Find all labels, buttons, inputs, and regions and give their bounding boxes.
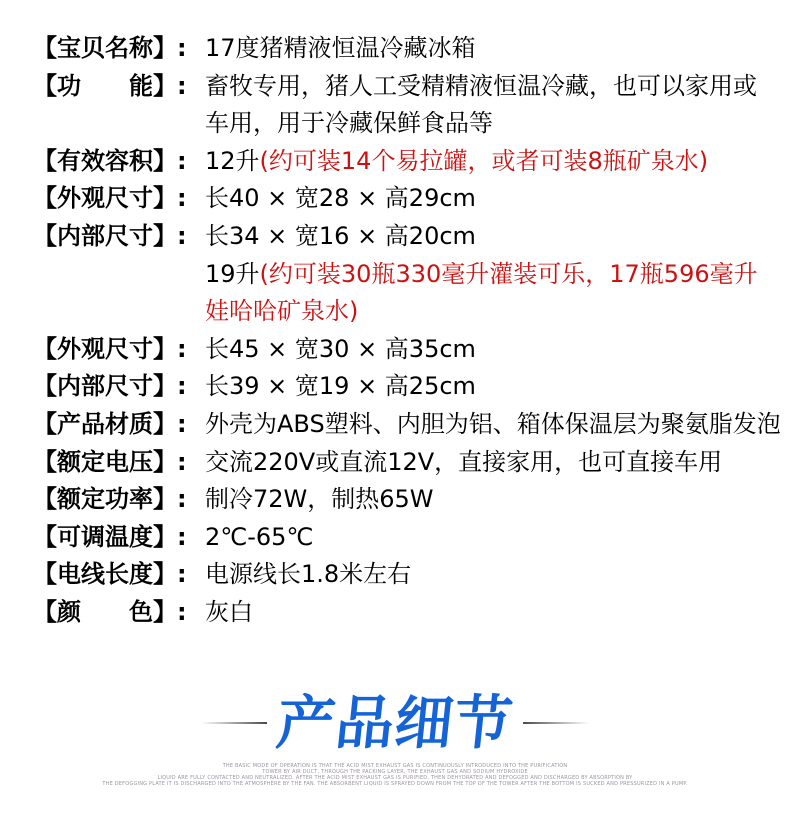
spec-value: 长45 × 宽30 × 高35cm	[205, 331, 476, 369]
product-spec-list: 【宝贝名称】: 17度猪精液恒温冷藏冰箱 【功 能】: 畜牧专用，猪人工受精精液…	[0, 0, 790, 632]
spec-row-temperature-range: 【可调温度】: 2℃-65℃	[33, 519, 790, 557]
spec-row-function: 【功 能】: 畜牧专用，猪人工受精精液恒温冷藏，也可以家用或	[33, 68, 790, 106]
spec-value-red-note: (约可装30瓶330毫升灌装可乐，17瓶596毫升	[260, 260, 758, 288]
spec-row-function-cont: 车用，用于冷藏保鲜食品等	[33, 105, 790, 143]
spec-value: 2℃-65℃	[205, 519, 313, 557]
spec-value-red-note: 娃哈哈矿泉水)	[205, 293, 358, 331]
spec-row-outer-size-1: 【外观尺寸】: 长40 × 宽28 × 高29cm	[33, 180, 790, 218]
spec-row-color: 【颜 色】: 灰白	[33, 594, 790, 632]
spec-label: 【额定电压】:	[33, 444, 205, 482]
product-detail-header: 产品细节	[0, 688, 790, 758]
decorative-fineprint: THE BASIC MODE OF OPERATION IS THAT THE …	[0, 763, 790, 787]
spec-value: 长39 × 宽19 × 高25cm	[205, 368, 476, 406]
spec-value: 12升(约可装14个易拉罐，或者可装8瓶矿泉水)	[205, 143, 708, 181]
spec-label: 【电线长度】:	[33, 556, 205, 594]
spec-row-capacity-19l-cont: 娃哈哈矿泉水)	[33, 293, 790, 331]
spec-label	[33, 105, 205, 143]
spec-row-inner-size-1: 【内部尺寸】: 长34 × 宽16 × 高20cm	[33, 218, 790, 256]
spec-label	[33, 256, 205, 294]
spec-value: 外壳为ABS塑料、内胆为铝、箱体保温层为聚氨脂发泡	[205, 406, 781, 444]
spec-value: 长34 × 宽16 × 高20cm	[205, 218, 476, 256]
spec-label: 【功 能】:	[33, 68, 205, 106]
spec-row-product-name: 【宝贝名称】: 17度猪精液恒温冷藏冰箱	[33, 30, 790, 68]
spec-value: 交流220V或直流12V，直接家用，也可直接车用	[205, 444, 722, 482]
fineprint-line: THE DEFOGGING PLATE IT IS DISCHARGED INT…	[0, 781, 790, 787]
spec-label: 【有效容积】:	[33, 143, 205, 181]
spec-row-voltage: 【额定电压】: 交流220V或直流12V，直接家用，也可直接车用	[33, 444, 790, 482]
spec-value: 长40 × 宽28 × 高29cm	[205, 180, 476, 218]
spec-value: 19升(约可装30瓶330毫升灌装可乐，17瓶596毫升	[205, 256, 758, 294]
spec-value: 制冷72W，制热65W	[205, 481, 434, 519]
spec-value-black: 19升	[205, 260, 260, 288]
spec-label: 【内部尺寸】:	[33, 218, 205, 256]
spec-row-cord-length: 【电线长度】: 电源线长1.8米左右	[33, 556, 790, 594]
spec-label: 【颜 色】:	[33, 594, 205, 632]
spec-row-inner-size-2: 【内部尺寸】: 长39 × 宽19 × 高25cm	[33, 368, 790, 406]
spec-label: 【额定功率】:	[33, 481, 205, 519]
spec-label: 【宝贝名称】:	[33, 30, 205, 68]
spec-row-material: 【产品材质】: 外壳为ABS塑料、内胆为铝、箱体保温层为聚氨脂发泡	[33, 406, 790, 444]
spec-label: 【产品材质】:	[33, 406, 205, 444]
spec-value-red-note: (约可装14个易拉罐，或者可装8瓶矿泉水)	[260, 147, 709, 175]
spec-value: 畜牧专用，猪人工受精精液恒温冷藏，也可以家用或	[205, 68, 757, 106]
spec-row-power: 【额定功率】: 制冷72W，制热65W	[33, 481, 790, 519]
spec-label: 【内部尺寸】:	[33, 368, 205, 406]
spec-row-outer-size-2: 【外观尺寸】: 长45 × 宽30 × 高35cm	[33, 331, 790, 369]
spec-value: 17度猪精液恒温冷藏冰箱	[205, 30, 476, 68]
spec-row-capacity-19l: 19升(约可装30瓶330毫升灌装可乐，17瓶596毫升	[33, 256, 790, 294]
spec-value: 电源线长1.8米左右	[205, 556, 411, 594]
spec-label: 【可调温度】:	[33, 519, 205, 557]
spec-value-black: 12升	[205, 147, 260, 175]
spec-value: 车用，用于冷藏保鲜食品等	[205, 105, 493, 143]
spec-label: 【外观尺寸】:	[33, 180, 205, 218]
divider-line-right	[523, 722, 589, 724]
divider-line-left	[201, 722, 267, 724]
spec-row-capacity: 【有效容积】: 12升(约可装14个易拉罐，或者可装8瓶矿泉水)	[33, 143, 790, 181]
section-title: 产品细节	[273, 688, 516, 758]
spec-label: 【外观尺寸】:	[33, 331, 205, 369]
spec-value: 灰白	[205, 594, 253, 632]
spec-label	[33, 293, 205, 331]
